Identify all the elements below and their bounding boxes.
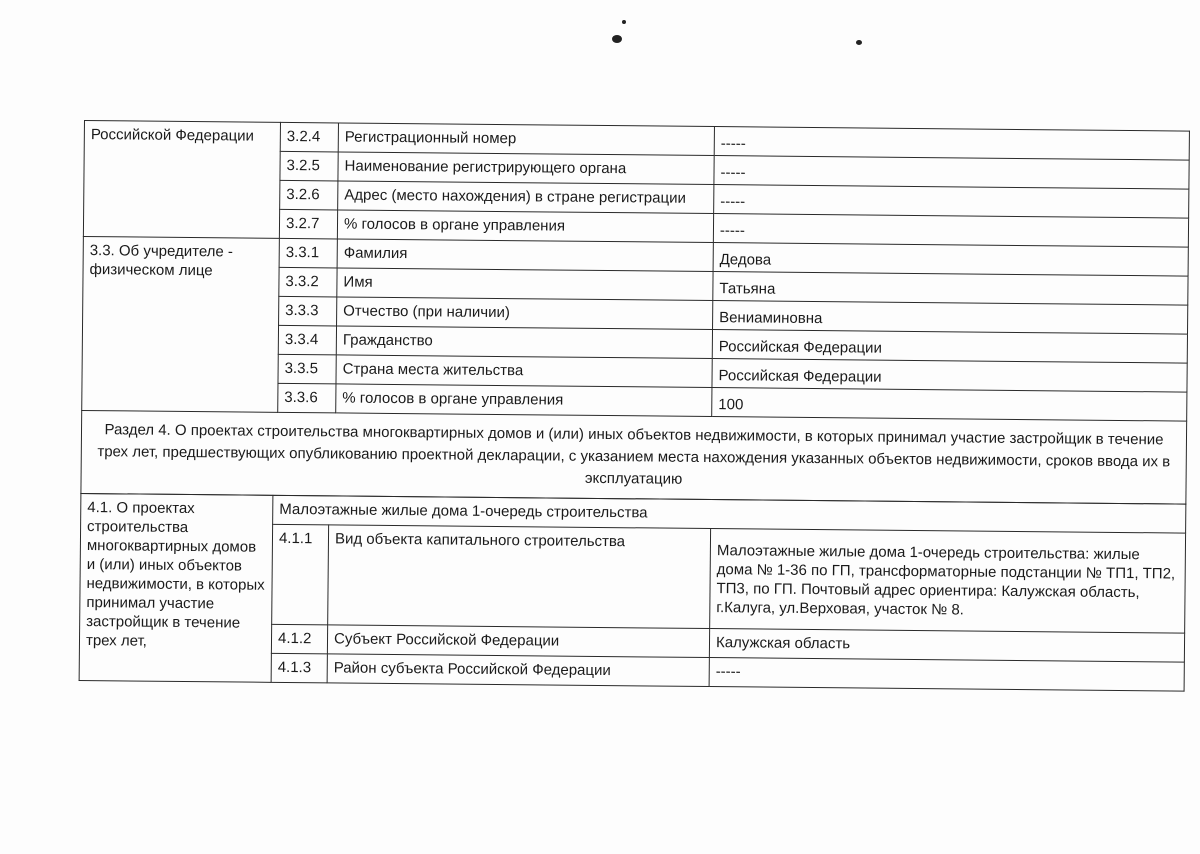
row-number: 4.1.1 [272, 524, 329, 625]
scan-speck [856, 40, 862, 45]
row-label: Наименование регистрирующего органа [338, 152, 714, 185]
row-label: Имя [337, 268, 713, 301]
row-label: Адрес (место нахождения) в стране регист… [338, 181, 714, 214]
row-value: Российская Федерации [712, 359, 1187, 393]
row-label: % голосов в органе управления [337, 210, 713, 243]
group-label-4-1: 4.1. О проектах строительства многокварт… [79, 493, 273, 682]
row-value: Вениаминовна [713, 301, 1188, 335]
row-value: ----- [714, 185, 1189, 219]
document-page: Российской Федерации 3.2.4 Регистрационн… [79, 120, 1190, 691]
row-number: 3.3.1 [279, 238, 337, 268]
scan-speck [622, 20, 626, 24]
row-label: Гражданство [336, 326, 712, 359]
projects-table: 4.1. О проектах строительства многокварт… [79, 492, 1187, 691]
row-number: 3.3.2 [279, 267, 337, 297]
row-value: ----- [714, 156, 1189, 190]
group-label-3-2: Российской Федерации [83, 121, 280, 239]
row-number: 3.2.5 [280, 151, 338, 181]
row-label: Страна места жительства [336, 355, 712, 388]
row-value: ----- [714, 127, 1189, 161]
scan-speck [612, 35, 622, 43]
row-number: 3.2.6 [280, 180, 338, 210]
row-label: Регистрационный номер [338, 123, 714, 156]
row-value: Калужская область [709, 628, 1184, 662]
row-value: ----- [709, 657, 1184, 691]
row-value: Татьяна [713, 272, 1188, 306]
row-number: 3.3.4 [278, 325, 336, 355]
row-value: 100 [712, 388, 1187, 422]
row-label: Район субъекта Российской Федерации [327, 653, 709, 686]
row-label: % голосов в органе управления [336, 384, 712, 417]
founders-table: Российской Федерации 3.2.4 Регистрационн… [80, 120, 1190, 505]
section-heading-row: Раздел 4. О проектах строительства много… [81, 410, 1187, 504]
row-number: 3.3.3 [279, 296, 337, 326]
row-number: 4.1.3 [271, 653, 327, 683]
row-number: 3.2.4 [280, 122, 338, 152]
row-number: 4.1.2 [271, 624, 327, 654]
section-4-heading: Раздел 4. О проектах строительства много… [81, 410, 1187, 504]
group-label-3-3: 3.3. Об учредителе - физическом лице [82, 236, 280, 412]
row-value: Российская Федерации [712, 330, 1187, 364]
row-label: Отчество (при наличии) [337, 297, 713, 330]
row-number: 3.2.7 [279, 209, 337, 239]
row-number: 3.3.5 [278, 354, 336, 384]
row-label: Вид объекта капитального строительства [328, 524, 711, 628]
row-value: ----- [713, 214, 1188, 248]
row-number: 3.3.6 [278, 383, 336, 413]
row-value: Дедова [713, 243, 1188, 277]
row-label: Фамилия [337, 239, 713, 272]
row-label: Субъект Российской Федерации [327, 624, 709, 657]
row-value: Малоэтажные жилые дома 1-очередь строите… [710, 528, 1186, 633]
